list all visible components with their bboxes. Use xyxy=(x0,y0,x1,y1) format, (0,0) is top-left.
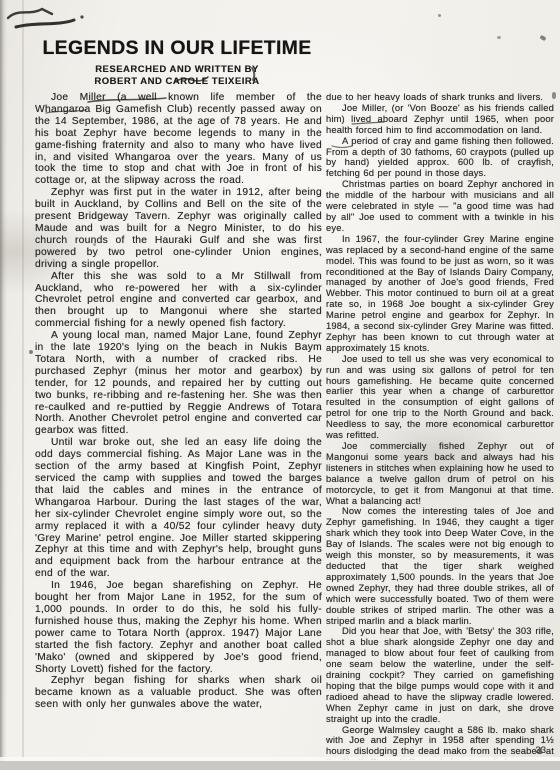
ink-speck xyxy=(438,14,441,17)
paragraph: In 1946, Joe began sharefishing on Zephy… xyxy=(35,580,322,675)
paragraph: Joe used to tell us she was very economi… xyxy=(326,354,554,441)
paragraph: Until war broke out, she led an easy lif… xyxy=(35,437,322,580)
left-column: Joe Miller (a well known life member of … xyxy=(35,92,322,760)
scan-edge-bottom xyxy=(0,761,560,770)
article-header: LEGENDS IN OUR LIFETIME RESEARCHED AND W… xyxy=(32,37,322,87)
paragraph: In 1967, the four-cylinder Grey Marine e… xyxy=(326,234,554,354)
paragraph: Did you hear that Joe, with 'Betsy' the … xyxy=(326,626,554,724)
ink-speck xyxy=(539,35,546,41)
paragraph: Christmas parties on board Zephyr anchor… xyxy=(326,179,554,234)
scan-edge-left xyxy=(0,0,7,770)
paragraph: Zephyr began fishing for sharks when sha… xyxy=(35,675,322,711)
byline-line-2: ROBERT AND CAROLE TEIXEIRA xyxy=(32,76,322,88)
scanned-page: LEGENDS IN OUR LIFETIME RESEARCHED AND W… xyxy=(0,0,560,770)
byline-line-1: RESEARCHED AND WRITTEN BY xyxy=(32,64,322,76)
margin-pen-mark xyxy=(29,350,33,354)
page-number: 33 xyxy=(535,745,546,756)
page-title: LEGENDS IN OUR LIFETIME xyxy=(32,37,322,60)
paragraph: A period of cray and game fishing then f… xyxy=(326,136,554,180)
right-column: due to her heavy loads of shark trunks a… xyxy=(326,92,554,760)
ink-speck xyxy=(497,36,501,39)
paragraph: A young local man, named Major Lane, fou… xyxy=(35,330,322,437)
paragraph: Joe Miller, (or 'Von Booze' as his frien… xyxy=(326,103,554,136)
paragraph: Zephyr was first put in the water in 191… xyxy=(35,187,322,270)
paragraph: Joe Miller (a well known life member of … xyxy=(35,92,322,187)
paragraph: Joe commercially fished Zephyr out of Ma… xyxy=(326,441,554,506)
paragraph: George Walmsley caught a 586 lb. mako sh… xyxy=(326,725,554,760)
paper-fold-line xyxy=(22,0,24,770)
paragraph: After this she was sold to a Mr Stillwal… xyxy=(35,271,322,331)
paragraph: Now comes the interesting tales of Joe a… xyxy=(326,506,554,626)
